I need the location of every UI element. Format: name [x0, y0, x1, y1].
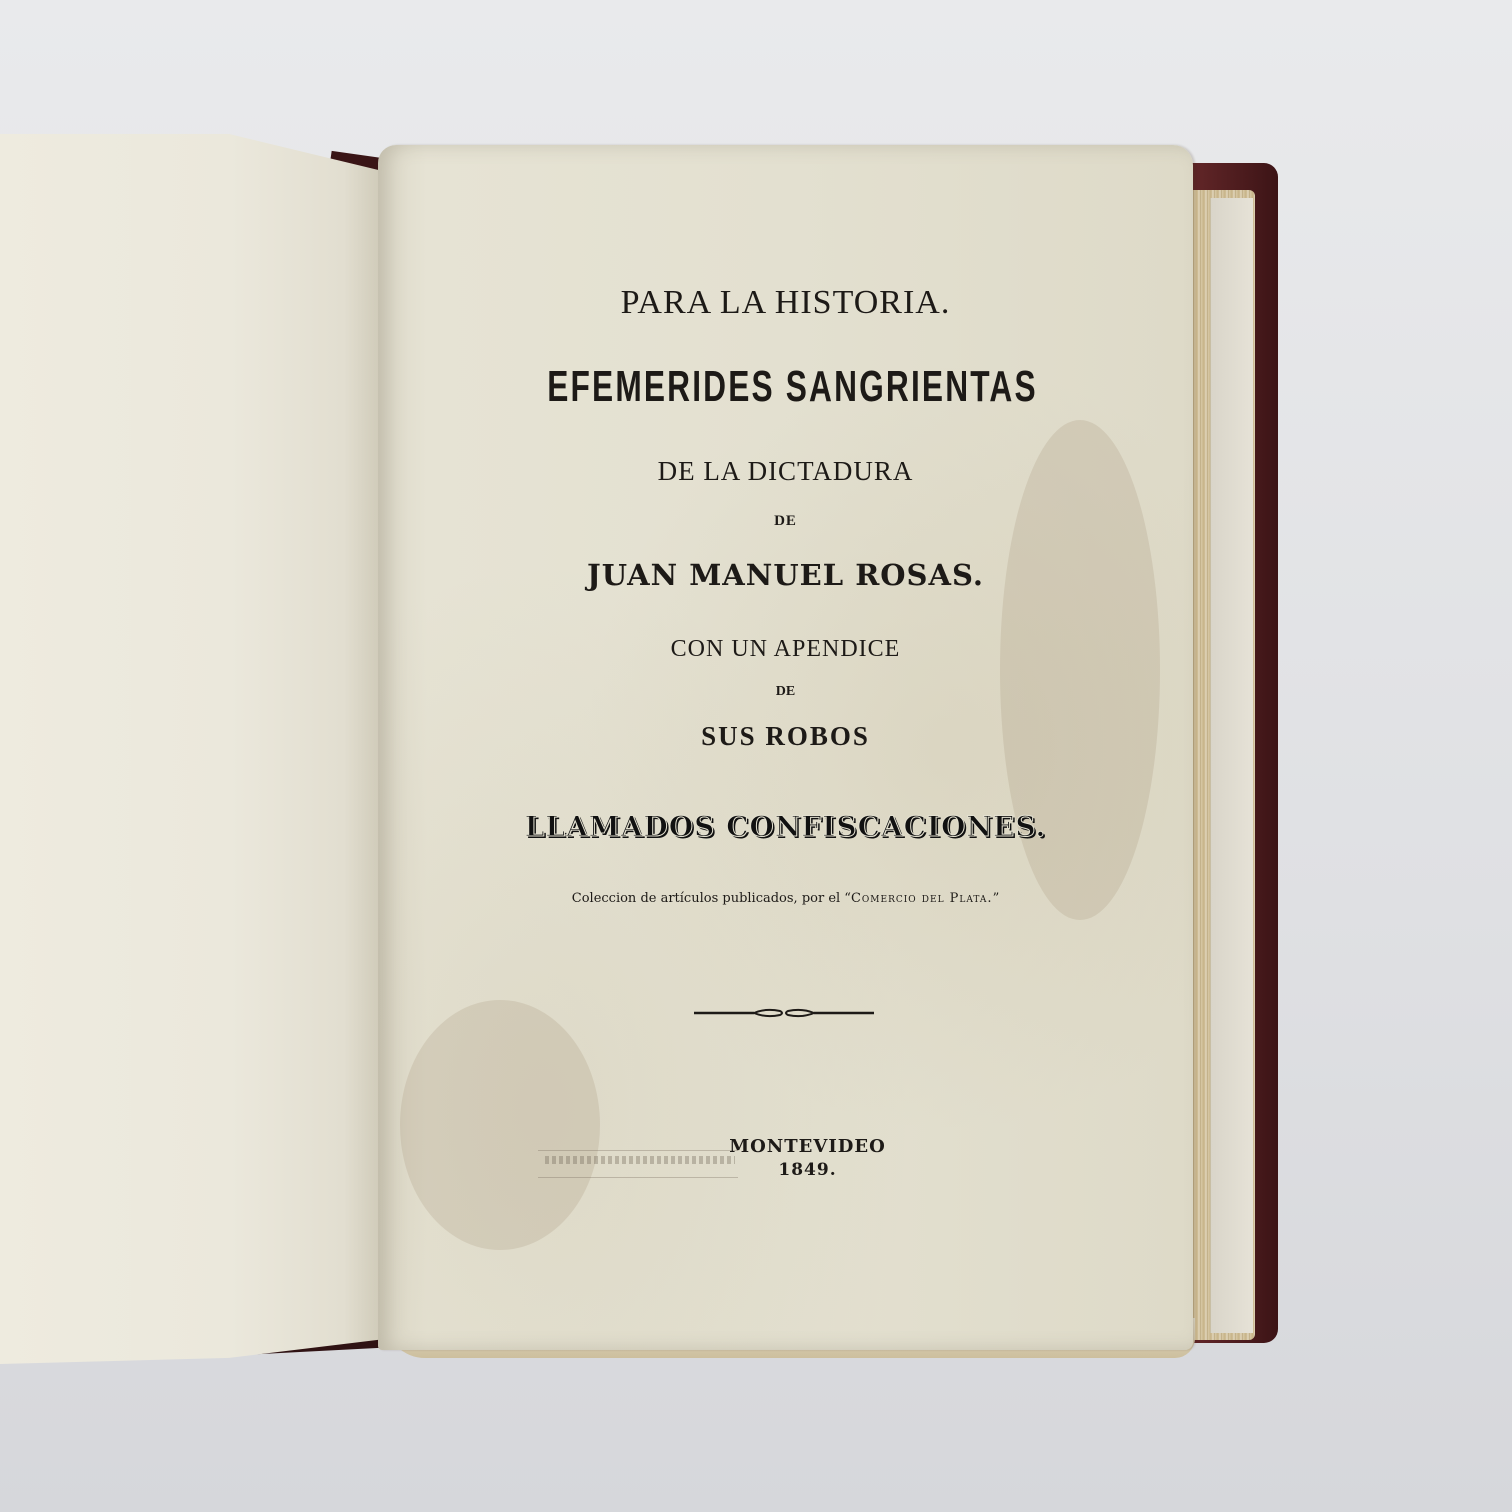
collection-note: Coleccion de artículos publicados, por e…	[378, 891, 1193, 906]
left-blank-page	[0, 134, 382, 1364]
subtitle-de: DE	[378, 684, 1193, 700]
title-line-de: DE	[378, 513, 1193, 530]
subtitle-confiscaciones: LLAMADOS CONFISCACIONES.	[378, 810, 1193, 843]
subtitle-apendice: CON UN APENDICE	[378, 636, 1193, 663]
open-book: PARA LA HISTORIA. EFEMERIDES SANGRIENTAS…	[0, 0, 1512, 1512]
foxing-stain	[400, 1000, 600, 1250]
water-stain	[1000, 420, 1160, 920]
title-line-efemerides: EFEMERIDES SANGRIENTAS	[499, 362, 1086, 412]
imprint-place: MONTEVIDEO	[400, 1136, 1215, 1157]
title-line-para-la-historia: PARA LA HISTORIA.	[378, 284, 1193, 322]
imprint-year: 1849.	[400, 1160, 1215, 1180]
endpaper	[1210, 198, 1253, 1333]
subtitle-sus-robos: SUS ROBOS	[378, 721, 1193, 752]
note-prefix: Coleccion de artículos publicados, por e…	[572, 891, 851, 906]
rule-ornament-icon	[694, 1006, 874, 1020]
note-source: Comercio del Plata.	[851, 891, 993, 906]
note-suffix: ”	[993, 891, 1000, 906]
author-name: JUAN MANUEL ROSAS.	[378, 558, 1193, 592]
title-line-dictadura: DE LA DICTADURA	[378, 456, 1193, 487]
